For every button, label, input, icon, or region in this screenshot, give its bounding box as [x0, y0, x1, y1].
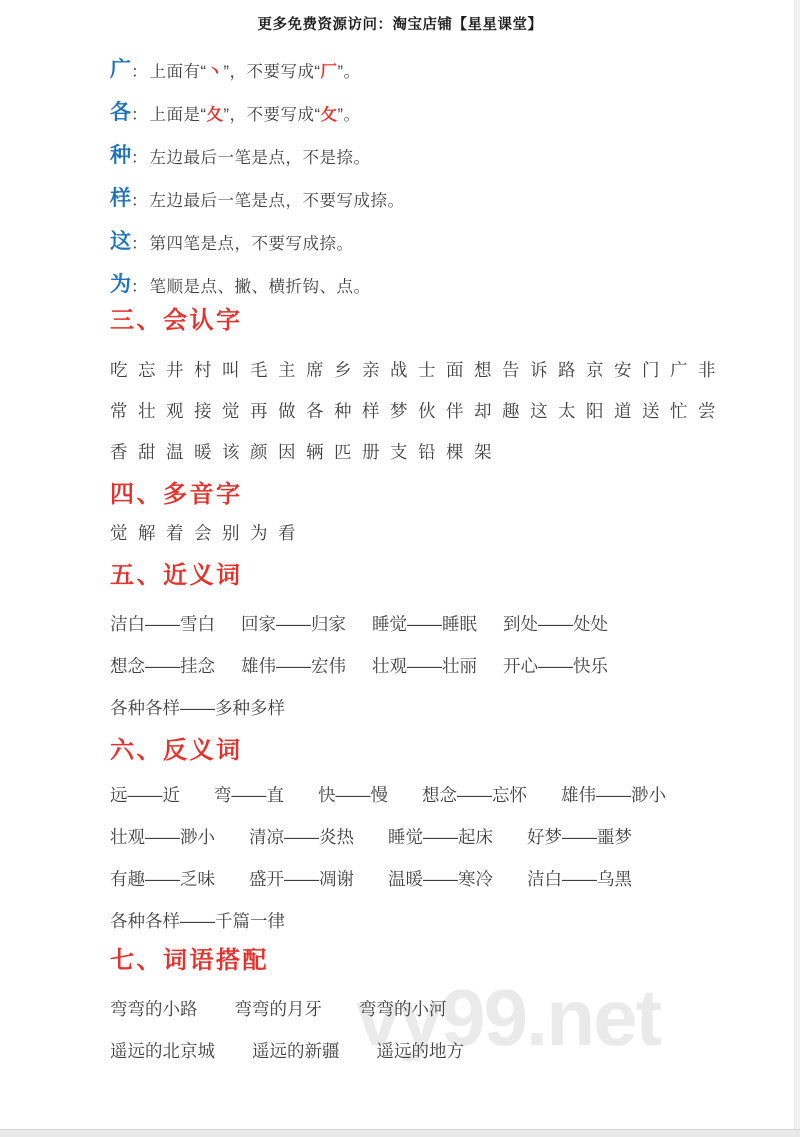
section-rows: 觉解着会别为看 — [110, 518, 720, 548]
word-row: 弯弯的小路弯弯的月牙弯弯的小河 — [110, 988, 720, 1030]
character-row: 觉解着会别为看 — [110, 518, 720, 548]
word-item: 各种各样——多种多样 — [110, 687, 285, 729]
word-item: 好梦——噩梦 — [527, 816, 632, 858]
stroke-note-line: 为：笔顺是点、撇、横折钩、点。 — [110, 263, 720, 306]
word-row: 各种各样——千篇一律 — [110, 900, 720, 942]
character-row: 吃忘井村叫毛主席乡亲战士面想告诉路京安门广非 — [110, 350, 720, 391]
word-item: 壮观——渺小 — [110, 816, 215, 858]
section-fan-yi-ci: 六、反义词远——近弯——直快——慢想念——忘怀雄伟——渺小壮观——渺小清凉——炎… — [110, 736, 720, 942]
note-part: ”，不要写成“ — [224, 106, 321, 124]
stroke-note-text: 左边最后一笔是点，不要写成捺。 — [150, 187, 405, 211]
page-right-edge — [794, 0, 800, 1137]
note-part: 上面有“ — [150, 63, 207, 81]
note-part-highlight: 攵 — [321, 106, 338, 124]
note-part-highlight: 厂 — [321, 63, 338, 81]
note-part-highlight: 夂 — [207, 106, 224, 124]
stroke-note-character: 这 — [110, 231, 131, 252]
sections: 三、会认字吃忘井村叫毛主席乡亲战士面想告诉路京安门广非常壮观接觉再做各种样梦伙伴… — [110, 306, 720, 1072]
word-item: 快——慢 — [318, 774, 388, 816]
note-part: ”。 — [338, 106, 361, 124]
stroke-note-line: 这：第四笔是点，不要写成捺。 — [110, 220, 720, 263]
section-hui-ren-zi: 三、会认字吃忘井村叫毛主席乡亲战士面想告诉路京安门广非常壮观接觉再做各种样梦伙伴… — [110, 306, 720, 473]
word-item: 盛开——凋谢 — [249, 858, 354, 900]
word-item: 想念——忘怀 — [422, 774, 527, 816]
word-item: 雄伟——宏伟 — [241, 645, 346, 687]
word-row: 洁白——雪白回家——归家睡觉——睡眠到处——处处 — [110, 603, 720, 645]
word-item: 遥远的新疆 — [252, 1030, 340, 1072]
note-part: 上面是“ — [150, 106, 207, 124]
colon-separator: ： — [131, 144, 148, 168]
section-rows: 弯弯的小路弯弯的月牙弯弯的小河遥远的北京城遥远的新疆遥远的地方 — [110, 988, 720, 1072]
page-bottom-edge — [0, 1129, 800, 1137]
note-part: ”。 — [338, 63, 361, 81]
word-row: 远——近弯——直快——慢想念——忘怀雄伟——渺小 — [110, 774, 720, 816]
stroke-note-line: 各：上面是“夂”，不要写成“攵”。 — [110, 91, 720, 134]
stroke-note-character: 样 — [110, 188, 131, 209]
word-item: 有趣——乏味 — [110, 858, 215, 900]
word-item: 睡觉——起床 — [388, 816, 493, 858]
word-item: 到处——处处 — [503, 603, 608, 645]
word-item: 远——近 — [110, 774, 180, 816]
stroke-note-text: 左边最后一笔是点，不是捺。 — [150, 144, 371, 168]
section-title: 四、多音字 — [110, 480, 720, 510]
stroke-note-character: 广 — [110, 59, 131, 80]
character-row: 常壮观接觉再做各种样梦伙伴却趣这太阳道送忙尝 — [110, 391, 720, 432]
section-jin-yi-ci: 五、近义词洁白——雪白回家——归家睡觉——睡眠到处——处处想念——挂念雄伟——宏… — [110, 561, 720, 729]
word-item: 遥远的地方 — [377, 1030, 465, 1072]
colon-separator: ： — [131, 101, 148, 125]
word-item: 弯弯的月牙 — [235, 988, 323, 1030]
word-item: 弯弯的小河 — [359, 988, 447, 1030]
note-part: 左边最后一笔是点，不要写成捺。 — [150, 192, 405, 210]
section-ci-yu-da-pei: 七、词语搭配弯弯的小路弯弯的月牙弯弯的小河遥远的北京城遥远的新疆遥远的地方 — [110, 946, 720, 1072]
section-rows: 远——近弯——直快——慢想念——忘怀雄伟——渺小壮观——渺小清凉——炎热睡觉——… — [110, 774, 720, 942]
header-note: 更多免费资源访问：淘宝店铺【星星课堂】 — [0, 0, 800, 34]
colon-separator: ： — [131, 58, 148, 82]
colon-separator: ： — [131, 230, 148, 254]
word-item: 弯——直 — [214, 774, 284, 816]
word-item: 雄伟——渺小 — [561, 774, 666, 816]
word-item: 各种各样——千篇一律 — [110, 900, 285, 942]
note-part: ”，不要写成“ — [224, 63, 321, 81]
stroke-note-text: 上面是“夂”，不要写成“攵”。 — [150, 101, 361, 125]
note-part: 笔顺是点、撇、横折钩、点。 — [150, 278, 371, 296]
word-row: 壮观——渺小清凉——炎热睡觉——起床好梦——噩梦 — [110, 816, 720, 858]
word-item: 回家——归家 — [241, 603, 346, 645]
word-item: 壮观——壮丽 — [372, 645, 477, 687]
word-row: 有趣——乏味盛开——凋谢温暖——寒冷洁白——乌黑 — [110, 858, 720, 900]
word-item: 清凉——炎热 — [249, 816, 354, 858]
word-item: 睡觉——睡眠 — [372, 603, 477, 645]
section-title: 六、反义词 — [110, 736, 720, 766]
stroke-notes: 广：上面有“丶”，不要写成“厂”。各：上面是“夂”，不要写成“攵”。种：左边最后… — [110, 48, 720, 306]
stroke-note-character: 各 — [110, 102, 131, 123]
word-row: 各种各样——多种多样 — [110, 687, 720, 729]
stroke-note-line: 种：左边最后一笔是点，不是捺。 — [110, 134, 720, 177]
section-rows: 洁白——雪白回家——归家睡觉——睡眠到处——处处想念——挂念雄伟——宏伟壮观——… — [110, 603, 720, 729]
note-part: 第四笔是点，不要写成捺。 — [150, 235, 354, 253]
stroke-note-text: 笔顺是点、撇、横折钩、点。 — [150, 273, 371, 297]
word-item: 温暖——寒冷 — [388, 858, 493, 900]
stroke-note-character: 种 — [110, 145, 131, 166]
section-title: 三、会认字 — [110, 306, 720, 336]
colon-separator: ： — [131, 187, 148, 211]
word-item: 洁白——乌黑 — [527, 858, 632, 900]
word-item: 开心——快乐 — [503, 645, 608, 687]
stroke-note-character: 为 — [110, 274, 131, 295]
colon-separator: ： — [131, 273, 148, 297]
stroke-note-line: 广：上面有“丶”，不要写成“厂”。 — [110, 48, 720, 91]
word-item: 弯弯的小路 — [110, 988, 198, 1030]
word-item: 洁白——雪白 — [110, 603, 215, 645]
section-title: 五、近义词 — [110, 561, 720, 591]
stroke-note-text: 上面有“丶”，不要写成“厂”。 — [150, 58, 361, 82]
word-item: 遥远的北京城 — [110, 1030, 215, 1072]
worksheet-page: vy99.net 更多免费资源访问：淘宝店铺【星星课堂】 广：上面有“丶”，不要… — [0, 0, 800, 1137]
word-item: 想念——挂念 — [110, 645, 215, 687]
stroke-note-text: 第四笔是点，不要写成捺。 — [150, 230, 354, 254]
section-rows: 吃忘井村叫毛主席乡亲战士面想告诉路京安门广非常壮观接觉再做各种样梦伙伴却趣这太阳… — [110, 350, 720, 473]
word-row: 遥远的北京城遥远的新疆遥远的地方 — [110, 1030, 720, 1072]
content: 广：上面有“丶”，不要写成“厂”。各：上面是“夂”，不要写成“攵”。种：左边最后… — [0, 48, 800, 1072]
character-row: 香甜温暖该颜因辆匹册支铅棵架 — [110, 432, 720, 473]
section-title: 七、词语搭配 — [110, 946, 720, 976]
section-duo-yin-zi: 四、多音字觉解着会别为看 — [110, 480, 720, 548]
note-part-highlight: 丶 — [207, 63, 224, 81]
word-row: 想念——挂念雄伟——宏伟壮观——壮丽开心——快乐 — [110, 645, 720, 687]
note-part: 左边最后一笔是点，不是捺。 — [150, 149, 371, 167]
stroke-note-line: 样：左边最后一笔是点，不要写成捺。 — [110, 177, 720, 220]
